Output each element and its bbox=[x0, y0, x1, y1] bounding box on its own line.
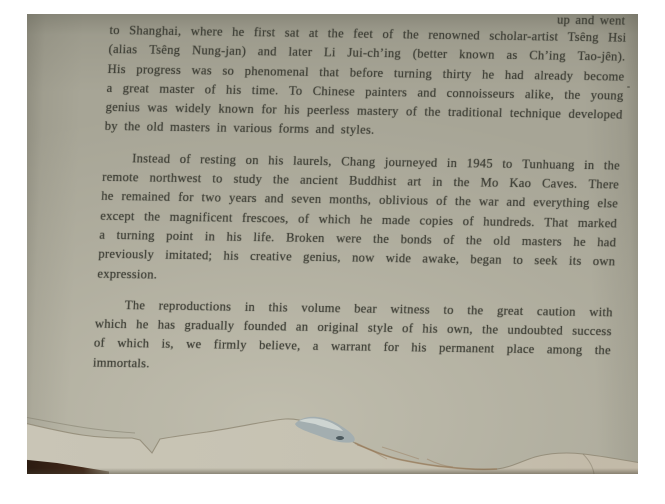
paper-speck bbox=[627, 86, 630, 88]
clipped-text-line: up and went bbox=[557, 14, 626, 31]
paragraph: toShanghai,wherehefirstsatatthefeetofthe… bbox=[104, 21, 627, 144]
photo-frame: up and went toShanghai,wherehefirstsatat… bbox=[0, 0, 665, 504]
paragraph: Thereproductionsinthisvolumebearwitnesst… bbox=[92, 296, 613, 381]
torn-paper-edge bbox=[27, 397, 638, 474]
photo-of-book-page: up and went toShanghai,wherehefirstsatat… bbox=[27, 14, 638, 474]
page-text: up and went toShanghai,wherehefirstsatat… bbox=[92, 21, 626, 380]
tear-dark-mark bbox=[336, 436, 344, 440]
paragraph: Insteadofrestingonhislaurels,Changjourne… bbox=[97, 149, 621, 292]
